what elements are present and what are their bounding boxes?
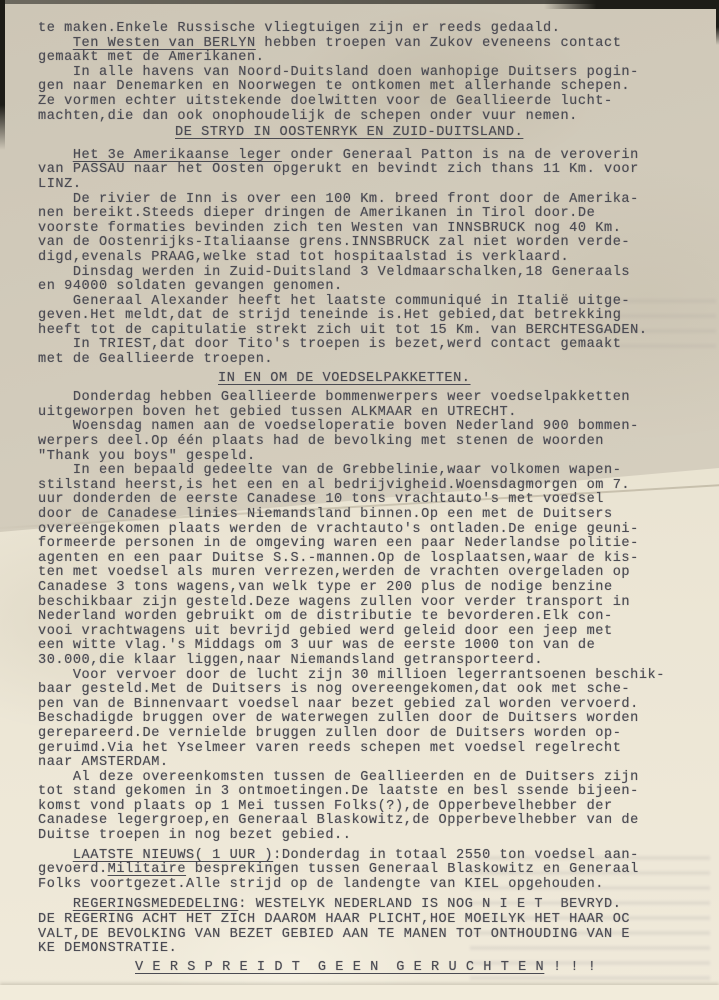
underlined-text-run: Ten Westen van BERLYN [73,36,256,51]
underlined-text-run: REGERINGSMEDEDELING [73,897,238,912]
paragraph-latest-news: LAATSTE NIEUWS( 1 UUR ):Donderdag in tot… [38,849,713,893]
paragraph-german-ports: In alle havens van Noord-Duitsland doen … [38,66,713,124]
text-run: ! ! ! [544,960,596,975]
section-heading-austria: DE STRYD IN OOSTENRYK EN ZUID-DUITSLAND. [175,126,713,141]
text-run: In alle havens van Noord-Duitsland doen … [38,65,639,124]
paragraph-russian-aircraft: te maken.Enkele Russische vliegtuigen zi… [38,22,713,37]
document-text-column: te maken.Enkele Russische vliegtuigen zi… [0,0,719,1000]
typewritten-newsletter-photo: te maken.Enkele Russische vliegtuigen zi… [0,0,719,1000]
underlined-text-run: Het 3e Amerikaanse leger [73,148,282,163]
text-run [38,36,73,51]
underlined-text-run: IN EN OM DE VOEDSELPAKKETTEN. [218,371,471,386]
underlined-text-run: DE STRYD IN OOSTENRYK EN ZUID-DUITSLAND. [175,125,523,140]
text-run [38,148,73,163]
paragraph-west-of-berlin: Ten Westen van BERLYN hebben troepen van… [38,37,713,66]
text-run: te maken.Enkele Russische vliegtuigen zi… [38,21,560,36]
slogan-spread-no-rumours: V E R S P R E I D T G E E N G E R U C H … [135,961,713,976]
underlined-text-run: V E R S P R E I D T G E E N G E R U C H … [135,960,544,975]
text-run: Donderdag hebben Geallieerde bommenwerpe… [38,390,665,843]
underlined-text-run: LAATSTE NIEUWS( 1 UUR ) [73,848,273,863]
text-run [38,897,73,912]
text-run [38,848,73,863]
underlined-text-run: Militaire [108,862,186,877]
section-heading-food-parcels: IN EN OM DE VOEDSELPAKKETTEN. [218,372,713,387]
text-run: onder Generaal Patton is na de veroverin… [38,148,648,367]
paragraph-food-operations: Donderdag hebben Geallieerde bommenwerpe… [38,391,713,843]
paragraph-government-announcement: REGERINGSMEDEDELING: WESTELYK NEDERLAND … [38,898,713,956]
paragraph-austria-south-germany: Het 3e Amerikaanse leger onder Generaal … [38,149,713,368]
